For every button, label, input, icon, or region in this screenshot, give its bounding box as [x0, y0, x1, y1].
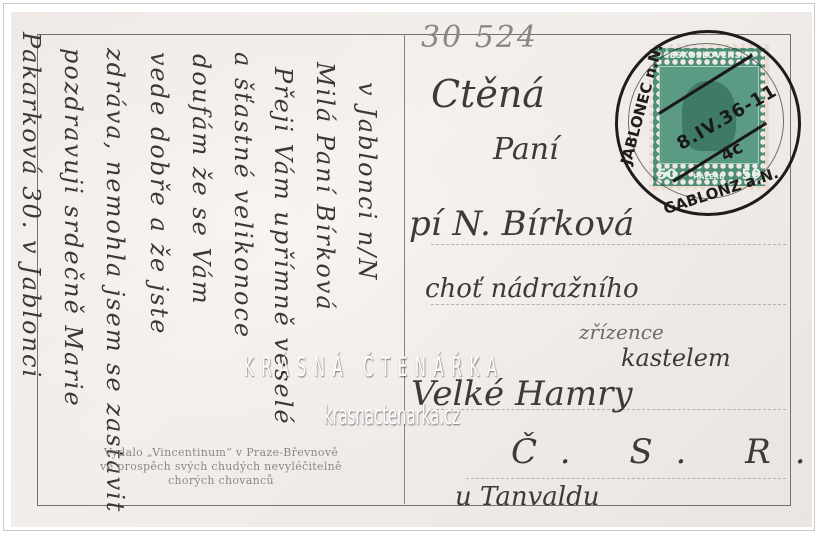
message-line: pozdravuji srdečně Marie: [59, 48, 87, 408]
message-line: zdráva, nemohla jsem se zastavit: [101, 48, 129, 513]
imprint-line: ve prospěch svých chudých nevyléčitelně: [51, 460, 391, 474]
message-line: v Jablonci n/N: [353, 82, 381, 281]
address-title: Paní: [493, 132, 559, 167]
address-occupation-2: zřízence: [579, 320, 664, 344]
address-street: kastelem: [621, 344, 731, 372]
message-line: a šťastné velikonoce: [229, 52, 257, 339]
image-frame: v Jablonci n/N Milá Paní Bírková Přeji V…: [3, 3, 815, 531]
message-line: Pakarková 30. v Jablonci: [17, 32, 45, 379]
address-name: pí N. Bírková: [409, 204, 634, 244]
watermark-url: krasnactenarka.cz: [324, 400, 460, 431]
address-rule: [431, 244, 786, 245]
address-rule: [431, 304, 786, 305]
address-district: u Tanvaldu: [455, 482, 599, 512]
imprint-line: Vydalo „Vincentinum“ v Praze-Břevnově: [51, 446, 391, 460]
watermark-title: KRÁSNÁ ČTENÁŘKA: [244, 352, 505, 383]
message-line: doufám že se Vám: [187, 54, 215, 306]
address-country: Č. S. R.: [511, 432, 812, 472]
address-salutation: Ctěná: [431, 72, 545, 116]
address-rule: [466, 478, 786, 479]
publisher-imprint: Vydalo „Vincentinum“ v Praze-Břevnově ve…: [51, 446, 391, 488]
center-divider: [404, 34, 405, 504]
message-line: vede dobře a že jste: [145, 52, 173, 335]
message-line: Milá Paní Bírková: [311, 62, 339, 312]
address-occupation: choť nádražního: [425, 274, 639, 304]
imprint-line: chorých chovanců: [51, 474, 391, 488]
postcard: v Jablonci n/N Milá Paní Bírková Přeji V…: [11, 12, 812, 527]
reference-number: 30 524: [421, 20, 538, 55]
